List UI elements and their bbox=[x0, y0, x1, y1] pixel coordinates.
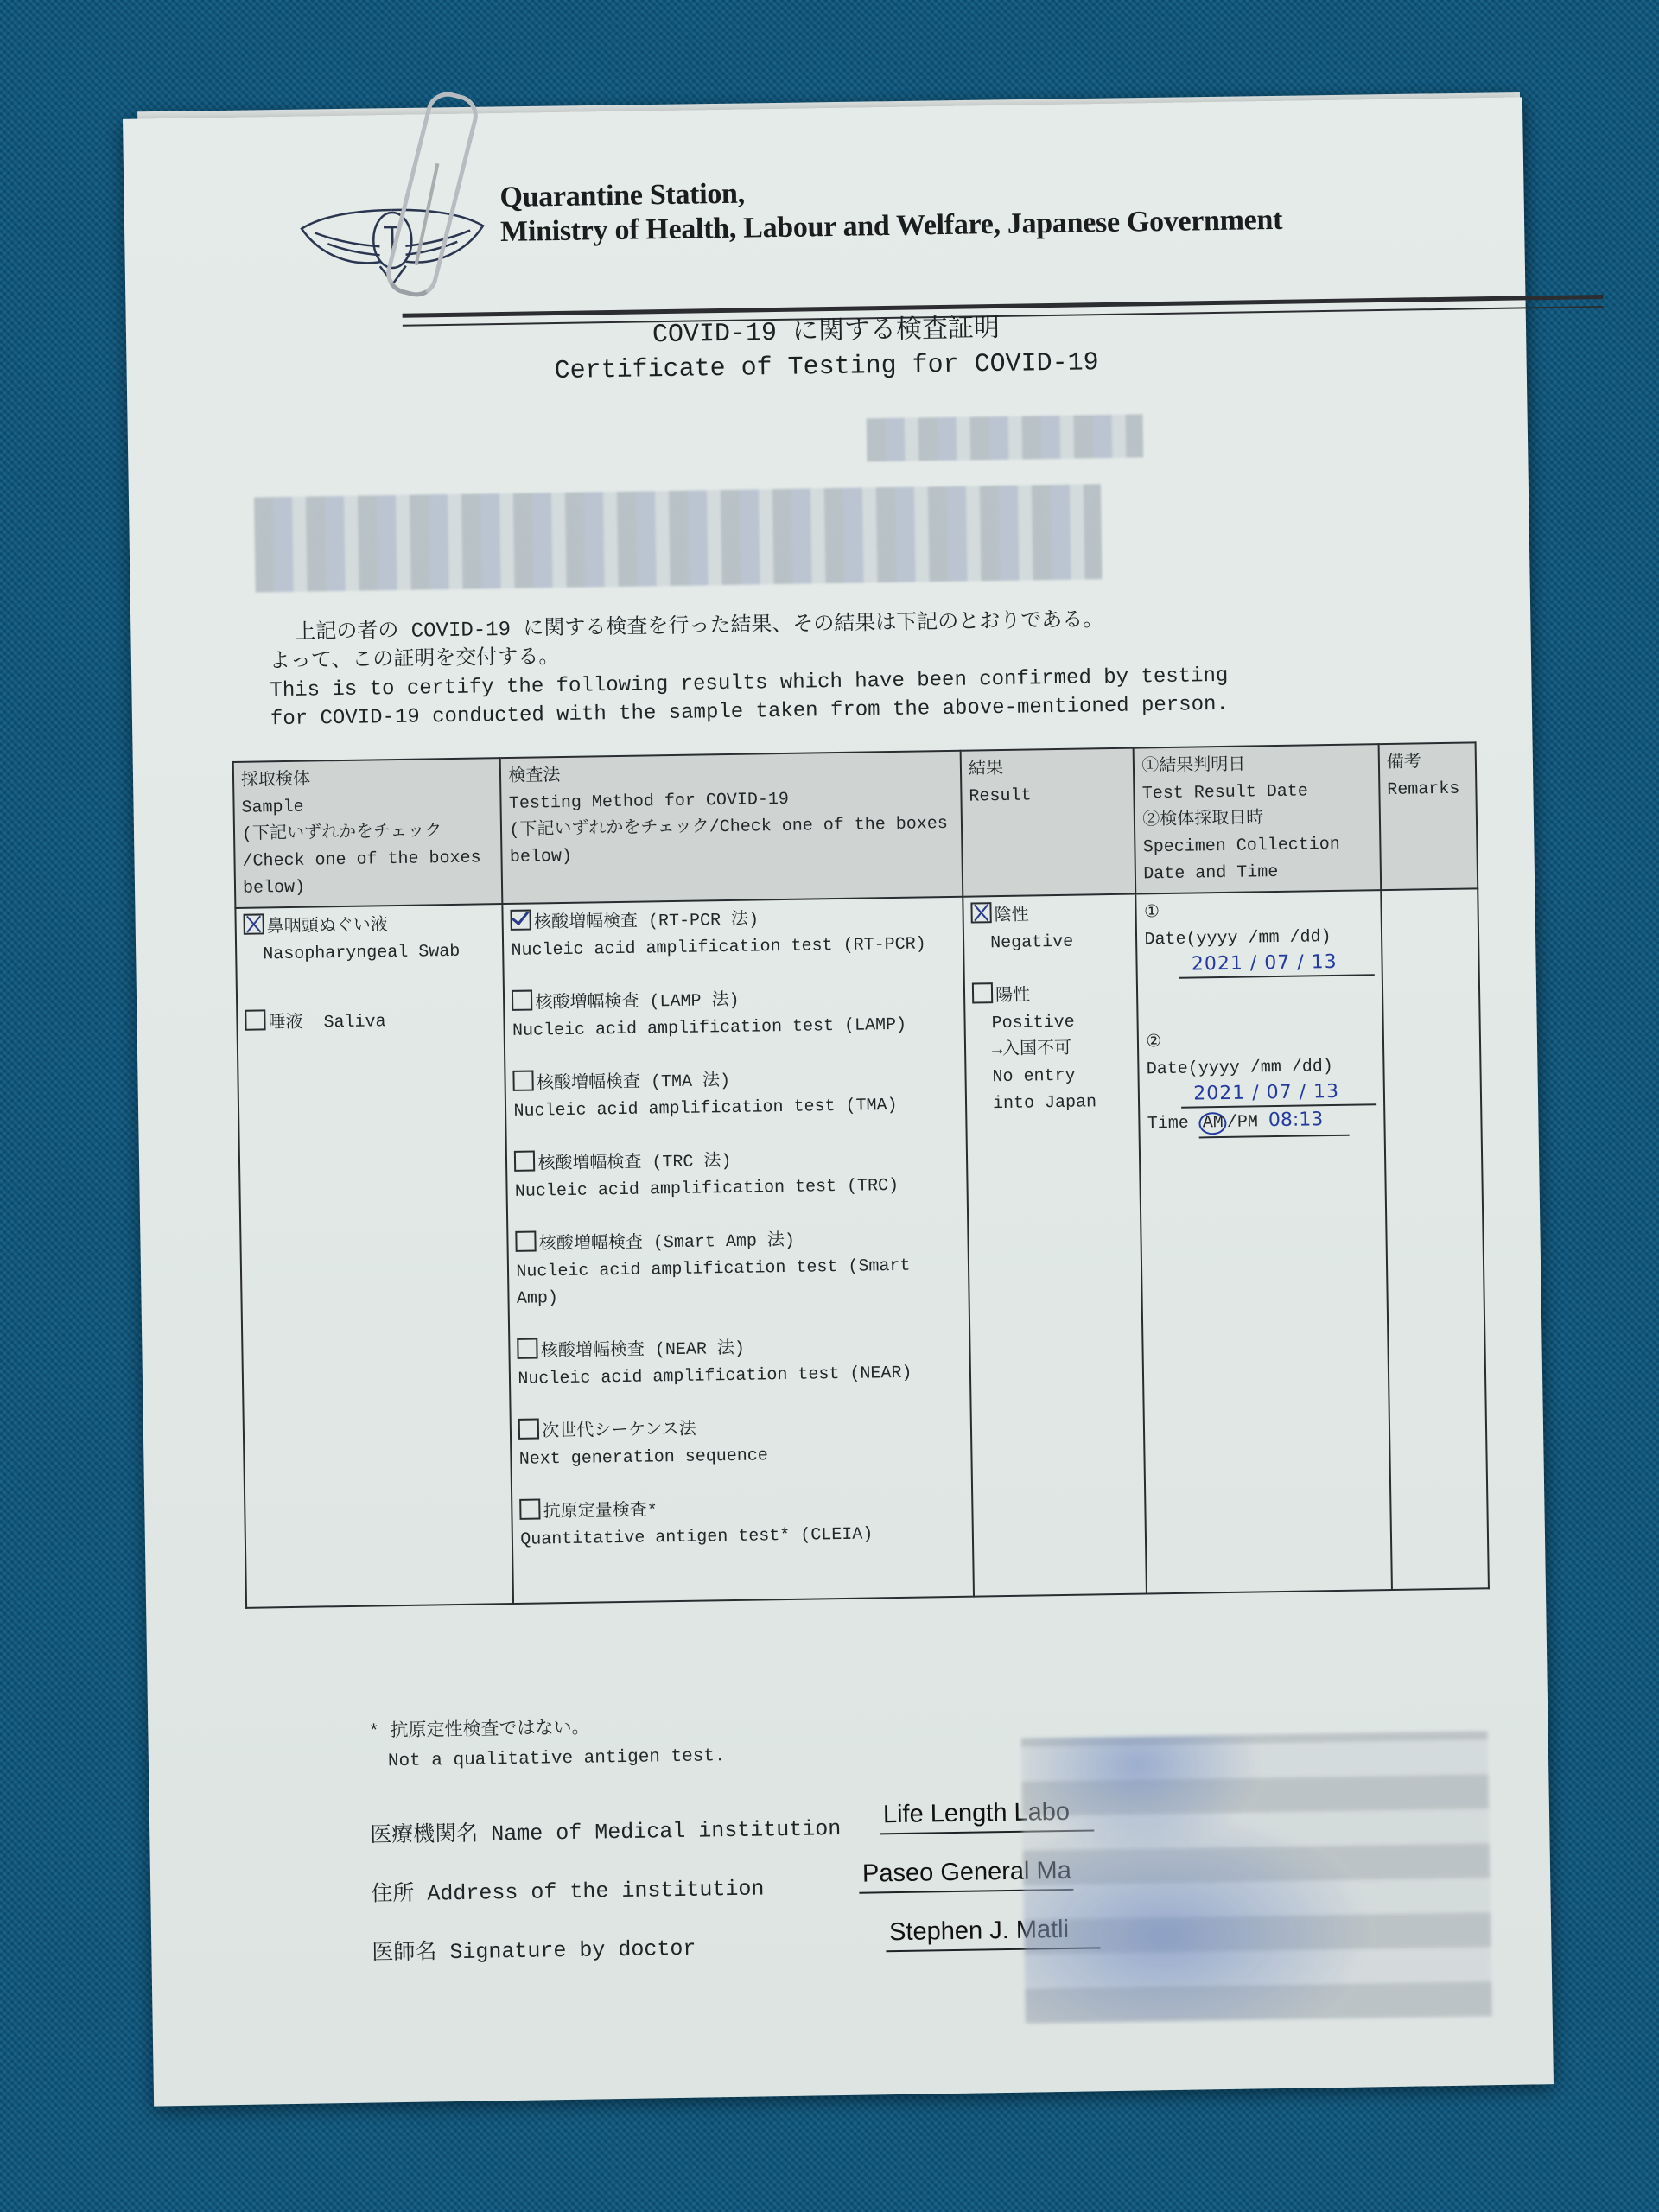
doctor-label: 医師名 Signature by doctor bbox=[372, 1930, 696, 1967]
method-options-cell: 核酸増幅検査 (RT-PCR 法) Nucleic acid amplifica… bbox=[503, 897, 974, 1604]
checkbox-checked-icon[interactable] bbox=[970, 902, 991, 923]
checkbox-empty-icon[interactable] bbox=[516, 1231, 537, 1252]
method-option-lamp[interactable]: 核酸増幅検査 (LAMP 法) Nucleic acid amplificati… bbox=[512, 983, 957, 1045]
method-option-tma[interactable]: 核酸増幅検査 (TMA 法) Nucleic acid amplificatio… bbox=[513, 1064, 959, 1125]
method-option-near[interactable]: 核酸増幅検査 (NEAR 法) Nucleic acid amplificati… bbox=[518, 1332, 963, 1393]
method-en: Nucleic acid amplification test (Smart A… bbox=[516, 1252, 962, 1313]
header-date-line-1: ①結果判明日 bbox=[1141, 750, 1371, 780]
letterhead: Quarantine Station, Ministry of Health, … bbox=[296, 159, 1421, 289]
result-date-value[interactable]: 2021 / 07 / 13 bbox=[1179, 950, 1375, 979]
footnote: * 抗原定性検査ではない。 Not a qualitative antigen … bbox=[368, 1713, 726, 1777]
method-en: Nucleic acid amplification test (TMA) bbox=[513, 1091, 958, 1125]
method-jp: 抗原定量検査* bbox=[543, 1501, 658, 1522]
collection-time-row: Time AM/PM 08:13 bbox=[1147, 1105, 1377, 1139]
method-jp: 核酸増幅検査 (NEAR 法) bbox=[541, 1339, 745, 1363]
sample-option-saliva[interactable]: 唾液 Saliva bbox=[245, 1006, 497, 1038]
document-title: COVID-19 に関する検査証明 Certificate of Testing… bbox=[126, 304, 1527, 395]
checkbox-empty-icon[interactable] bbox=[520, 1498, 541, 1519]
sample-en: Nasopharyngeal Swab bbox=[244, 938, 496, 969]
method-en: Nucleic acid amplification test (TRC) bbox=[515, 1172, 960, 1205]
header-date-line-4: Specimen Collection bbox=[1143, 830, 1373, 861]
header-method: 検査法 Testing Method for COVID-19 (下記いずれかを… bbox=[500, 751, 963, 904]
dates-cell: ① Date(yyyy /mm /dd) 2021 / 07 / 13 ② Da… bbox=[1136, 890, 1392, 1593]
method-en: Nucleic acid amplification test (RT-PCR) bbox=[511, 931, 956, 964]
checkbox-empty-icon[interactable] bbox=[972, 982, 993, 1003]
sample-jp: 鼻咽頭ぬぐい液 bbox=[267, 916, 388, 938]
no-entry-en-1: No entry bbox=[973, 1062, 1131, 1091]
redacted-stamp-signature bbox=[1021, 1731, 1492, 2023]
header-remarks-jp: 備考 bbox=[1387, 749, 1469, 777]
collection-date-marker: ② bbox=[1146, 1026, 1376, 1056]
collection-date-value[interactable]: 2021 / 07 / 13 bbox=[1181, 1079, 1376, 1109]
method-option-ngs[interactable]: 次世代シーケンス法 Next generation sequence bbox=[518, 1412, 964, 1473]
sample-en: Saliva bbox=[323, 1012, 385, 1033]
method-jp: 核酸増幅検査 (Smart Amp 法) bbox=[539, 1231, 795, 1255]
header-result: 結果 Result bbox=[961, 748, 1136, 897]
method-option-trc[interactable]: 核酸増幅検査 (TRC 法) Nucleic acid amplificatio… bbox=[514, 1144, 960, 1205]
remarks-cell[interactable] bbox=[1381, 888, 1489, 1590]
header-remarks-en: Remarks bbox=[1387, 776, 1469, 804]
time-value: 08:13 bbox=[1268, 1109, 1324, 1131]
time-field[interactable]: AM/PM 08:13 bbox=[1199, 1106, 1350, 1139]
checkbox-checked-icon[interactable] bbox=[244, 913, 264, 934]
checkbox-checked-icon[interactable] bbox=[511, 910, 531, 931]
pm-option: /PM bbox=[1227, 1112, 1258, 1133]
method-option-rt-pcr[interactable]: 核酸増幅検査 (RT-PCR 法) Nucleic acid amplifica… bbox=[511, 903, 957, 964]
institution-label: 医療機関名 Name of Medical institution bbox=[370, 1810, 842, 1849]
header-date: ①結果判明日 Test Result Date ②検体採取日時 Specimen… bbox=[1134, 744, 1381, 893]
checkbox-empty-icon[interactable] bbox=[514, 1151, 535, 1172]
redacted-field bbox=[867, 414, 1144, 461]
sample-jp: 唾液 bbox=[268, 1014, 302, 1034]
sample-option-nasopharyngeal[interactable]: 鼻咽頭ぬぐい液 Nasopharyngeal Swab bbox=[244, 910, 496, 969]
issuing-organization: Quarantine Station, Ministry of Health, … bbox=[499, 168, 1282, 250]
no-entry-jp: →入国不可 bbox=[973, 1035, 1131, 1065]
checkbox-empty-icon[interactable] bbox=[245, 1009, 265, 1030]
test-results-table: 採取検体 Sample (下記いずれかをチェック /Check one of t… bbox=[232, 741, 1490, 1608]
header-date-line-2: Test Result Date bbox=[1142, 777, 1372, 807]
method-en: Next generation sequence bbox=[519, 1440, 964, 1473]
result-en: Positive bbox=[972, 1008, 1130, 1038]
method-jp: 核酸増幅検査 (LAMP 法) bbox=[535, 991, 739, 1014]
method-jp: 核酸増幅検査 (RT-PCR 法) bbox=[534, 910, 759, 933]
result-jp: 陰性 bbox=[994, 906, 1028, 927]
method-en: Quantitative antigen test* (CLEIA) bbox=[520, 1520, 965, 1554]
method-en: Nucleic acid amplification test (LAMP) bbox=[512, 1011, 957, 1045]
sample-options-cell: 鼻咽頭ぬぐい液 Nasopharyngeal Swab 唾液 Saliva bbox=[235, 904, 513, 1608]
time-label: Time bbox=[1147, 1114, 1189, 1135]
header-result-jp: 結果 bbox=[969, 754, 1127, 784]
method-jp: 核酸増幅検査 (TRC 法) bbox=[537, 1152, 731, 1175]
checkbox-empty-icon[interactable] bbox=[518, 1418, 539, 1439]
header-remarks: 備考 Remarks bbox=[1378, 742, 1478, 890]
result-en: Negative bbox=[971, 928, 1129, 957]
checkbox-empty-icon[interactable] bbox=[513, 1071, 534, 1091]
footnote-en: Not a qualitative antigen test. bbox=[369, 1742, 726, 1777]
method-jp: 核酸増幅検査 (TMA 法) bbox=[537, 1071, 730, 1095]
certificate-page: Quarantine Station, Ministry of Health, … bbox=[123, 97, 1554, 2106]
result-option-negative[interactable]: 陰性 Negative bbox=[970, 900, 1128, 957]
result-option-positive[interactable]: 陽性 Positive →入国不可 No entry into Japan bbox=[972, 981, 1132, 1118]
header-method-note: (下記いずれかをチェック/Check one of the boxes belo… bbox=[509, 810, 955, 871]
result-date-marker: ① bbox=[1144, 896, 1374, 926]
header-sample-en: Sample bbox=[241, 791, 493, 822]
header-sample-jp: 採取検体 bbox=[241, 764, 493, 795]
header-date-line-5: Date and Time bbox=[1143, 857, 1373, 887]
method-option-smart-amp[interactable]: 核酸増幅検査 (Smart Amp 法) Nucleic acid amplif… bbox=[516, 1224, 962, 1313]
header-result-en: Result bbox=[969, 781, 1127, 810]
redacted-name bbox=[254, 484, 1103, 592]
result-options-cell: 陰性 Negative 陽性 Positive →入国不可 No entry i… bbox=[963, 894, 1147, 1597]
checkbox-empty-icon[interactable] bbox=[518, 1338, 538, 1358]
method-option-cleia[interactable]: 抗原定量検査* Quantitative antigen test* (CLEI… bbox=[520, 1492, 966, 1554]
address-label: 住所 Address of the institution bbox=[371, 1870, 765, 1907]
certification-statement: 上記の者の COVID-19 に関する検査を行った結果、その結果は下記のとおりで… bbox=[269, 601, 1437, 734]
header-sample: 採取検体 Sample (下記いずれかをチェック /Check one of t… bbox=[233, 758, 503, 908]
header-sample-note-jp: (下記いずれかをチェック bbox=[242, 817, 494, 849]
am-circled: AM bbox=[1199, 1112, 1227, 1135]
result-jp: 陽性 bbox=[995, 986, 1030, 1007]
result-date-label: Date(yyyy /mm /dd) bbox=[1144, 923, 1374, 953]
method-jp: 次世代シーケンス法 bbox=[542, 1421, 696, 1443]
no-entry-en-2: into Japan bbox=[974, 1089, 1132, 1118]
method-en: Nucleic acid amplification test (NEAR) bbox=[518, 1359, 963, 1393]
header-sample-note-en: /Check one of the boxes below) bbox=[242, 844, 494, 902]
checkbox-empty-icon[interactable] bbox=[512, 990, 532, 1011]
collection-date-label: Date(yyyy /mm /dd) bbox=[1147, 1052, 1376, 1083]
header-date-line-3: ②検体採取日時 bbox=[1142, 804, 1372, 834]
